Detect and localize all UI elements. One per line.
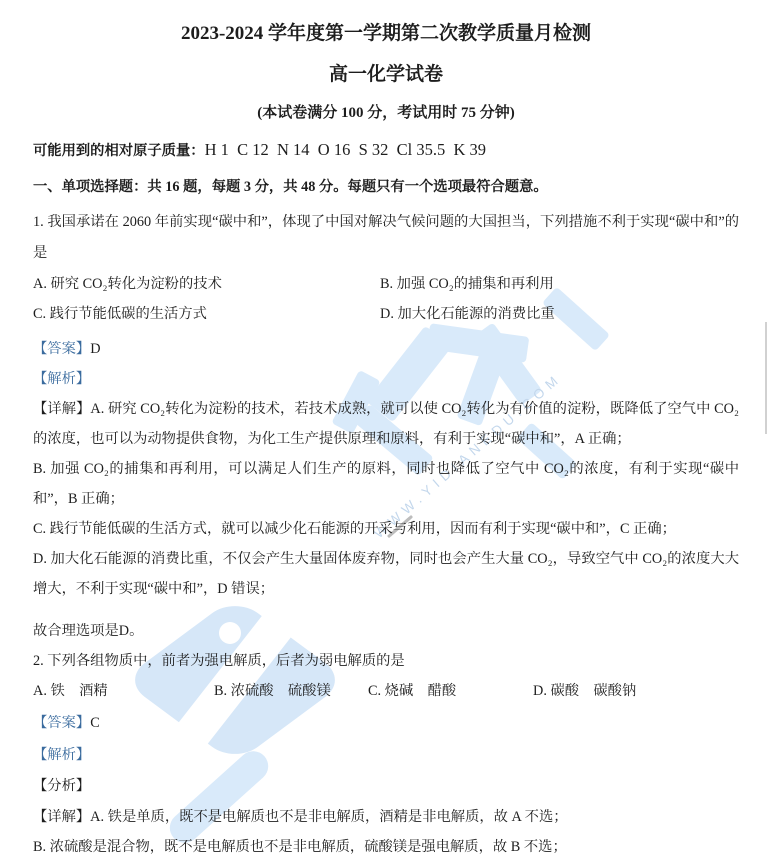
question-1-detail-paragraph: B. 加强 CO₂的捕集和再利用，可以满足人们生产的原料，同时也降低了空气中 C… [33, 454, 739, 514]
section-header: 一、单项选择题：共 16 题，每题 3 分，共 48 分。每题只有一个选项最符合… [33, 175, 739, 199]
question-1-options-row-2: C. 践行节能低碳的生活方式 D. 加大化石能源的消费比重 [33, 299, 739, 329]
question-2-note-tag: 【分析】 [33, 771, 739, 801]
exam-document: 2023-2024 学年度第一学期第二次教学质量月检测 高一化学试卷 (本试卷满… [0, 0, 769, 861]
question-1-option-a: A. 研究 CO₂转化为淀粉的技术 [33, 269, 380, 299]
question-1-option-d: D. 加大化石能源的消费比重 [380, 299, 555, 329]
question-2-options-row: A. 铁 酒精 B. 浓硫酸 硫酸镁 C. 烧碱 醋酸 D. 碳酸 碳酸钠 [33, 676, 739, 706]
analysis-tag: 【解析】 [33, 747, 90, 763]
question-1-answer-line: 【答案】D [33, 334, 739, 364]
question-2-option-a: A. 铁 酒精 [33, 676, 214, 706]
question-2-option-c: C. 烧碱 醋酸 [368, 676, 533, 706]
question-1-conclusion: 故合理选项是D。 [33, 616, 739, 646]
atomic-mass-values: H 1 C 12 N 14 O 16 S 32 Cl 35.5 K 39 [205, 140, 486, 159]
exam-meta: (本试卷满分 100 分，考试用时 75 分钟) [33, 103, 739, 123]
atomic-mass-line: 可能用到的相对原子质量：H 1 C 12 N 14 O 16 S 32 Cl 3… [33, 138, 739, 163]
answer-tag: 【答案】 [33, 341, 90, 357]
question-2-answer: C [90, 715, 100, 731]
question-1-option-c: C. 践行节能低碳的生活方式 [33, 299, 380, 329]
question-2-detail-paragraph: 【详解】A. 铁是单质，既不是电解质也不是非电解质，酒精是非电解质，故 A 不选… [33, 802, 739, 832]
question-1-options-row-1: A. 研究 CO₂转化为淀粉的技术 B. 加强 CO₂的捕集和再利用 [33, 269, 739, 299]
exam-title: 2023-2024 学年度第一学期第二次教学质量月检测 [33, 22, 739, 46]
question-2-analysis-tag: 【解析】 [33, 740, 739, 770]
question-2-detail-paragraph: B. 浓硫酸是混合物，既不是电解质也不是非电解质，硫酸镁是强电解质，故 B 不选… [33, 832, 739, 861]
question-1-option-b: B. 加强 CO₂的捕集和再利用 [380, 269, 554, 299]
question-1-analysis-tag: 【解析】 [33, 364, 739, 394]
answer-tag: 【答案】 [33, 715, 90, 731]
question-2-option-b: B. 浓硫酸 硫酸镁 [214, 676, 368, 706]
exam-subtitle: 高一化学试卷 [33, 63, 739, 87]
question-1-detail-paragraph: C. 践行节能低碳的生活方式，就可以减少化石能源的开采与利用，因而有利于实现“碳… [33, 514, 739, 544]
analysis-tag: 【解析】 [33, 371, 90, 387]
question-2-stem: 2. 下列各组物质中，前者为强电解质，后者为弱电解质的是 [33, 646, 739, 676]
question-2-option-d: D. 碳酸 碳酸钠 [533, 676, 636, 706]
question-2-answer-line: 【答案】C [33, 708, 739, 738]
question-1-answer: D [90, 341, 100, 357]
question-1-detail-paragraph: 【详解】A. 研究 CO₂转化为淀粉的技术，若技术成熟，就可以使 CO₂转化为有… [33, 394, 739, 454]
atomic-mass-label: 可能用到的相对原子质量： [33, 143, 205, 159]
question-1-detail-paragraph: D. 加大化石能源的消费比重，不仅会产生大量固体废弃物，同时也会产生大量 CO₂… [33, 544, 739, 604]
question-1-stem: 1. 我国承诺在 2060 年前实现“碳中和”，体现了中国对解决气候问题的大国担… [33, 207, 739, 269]
